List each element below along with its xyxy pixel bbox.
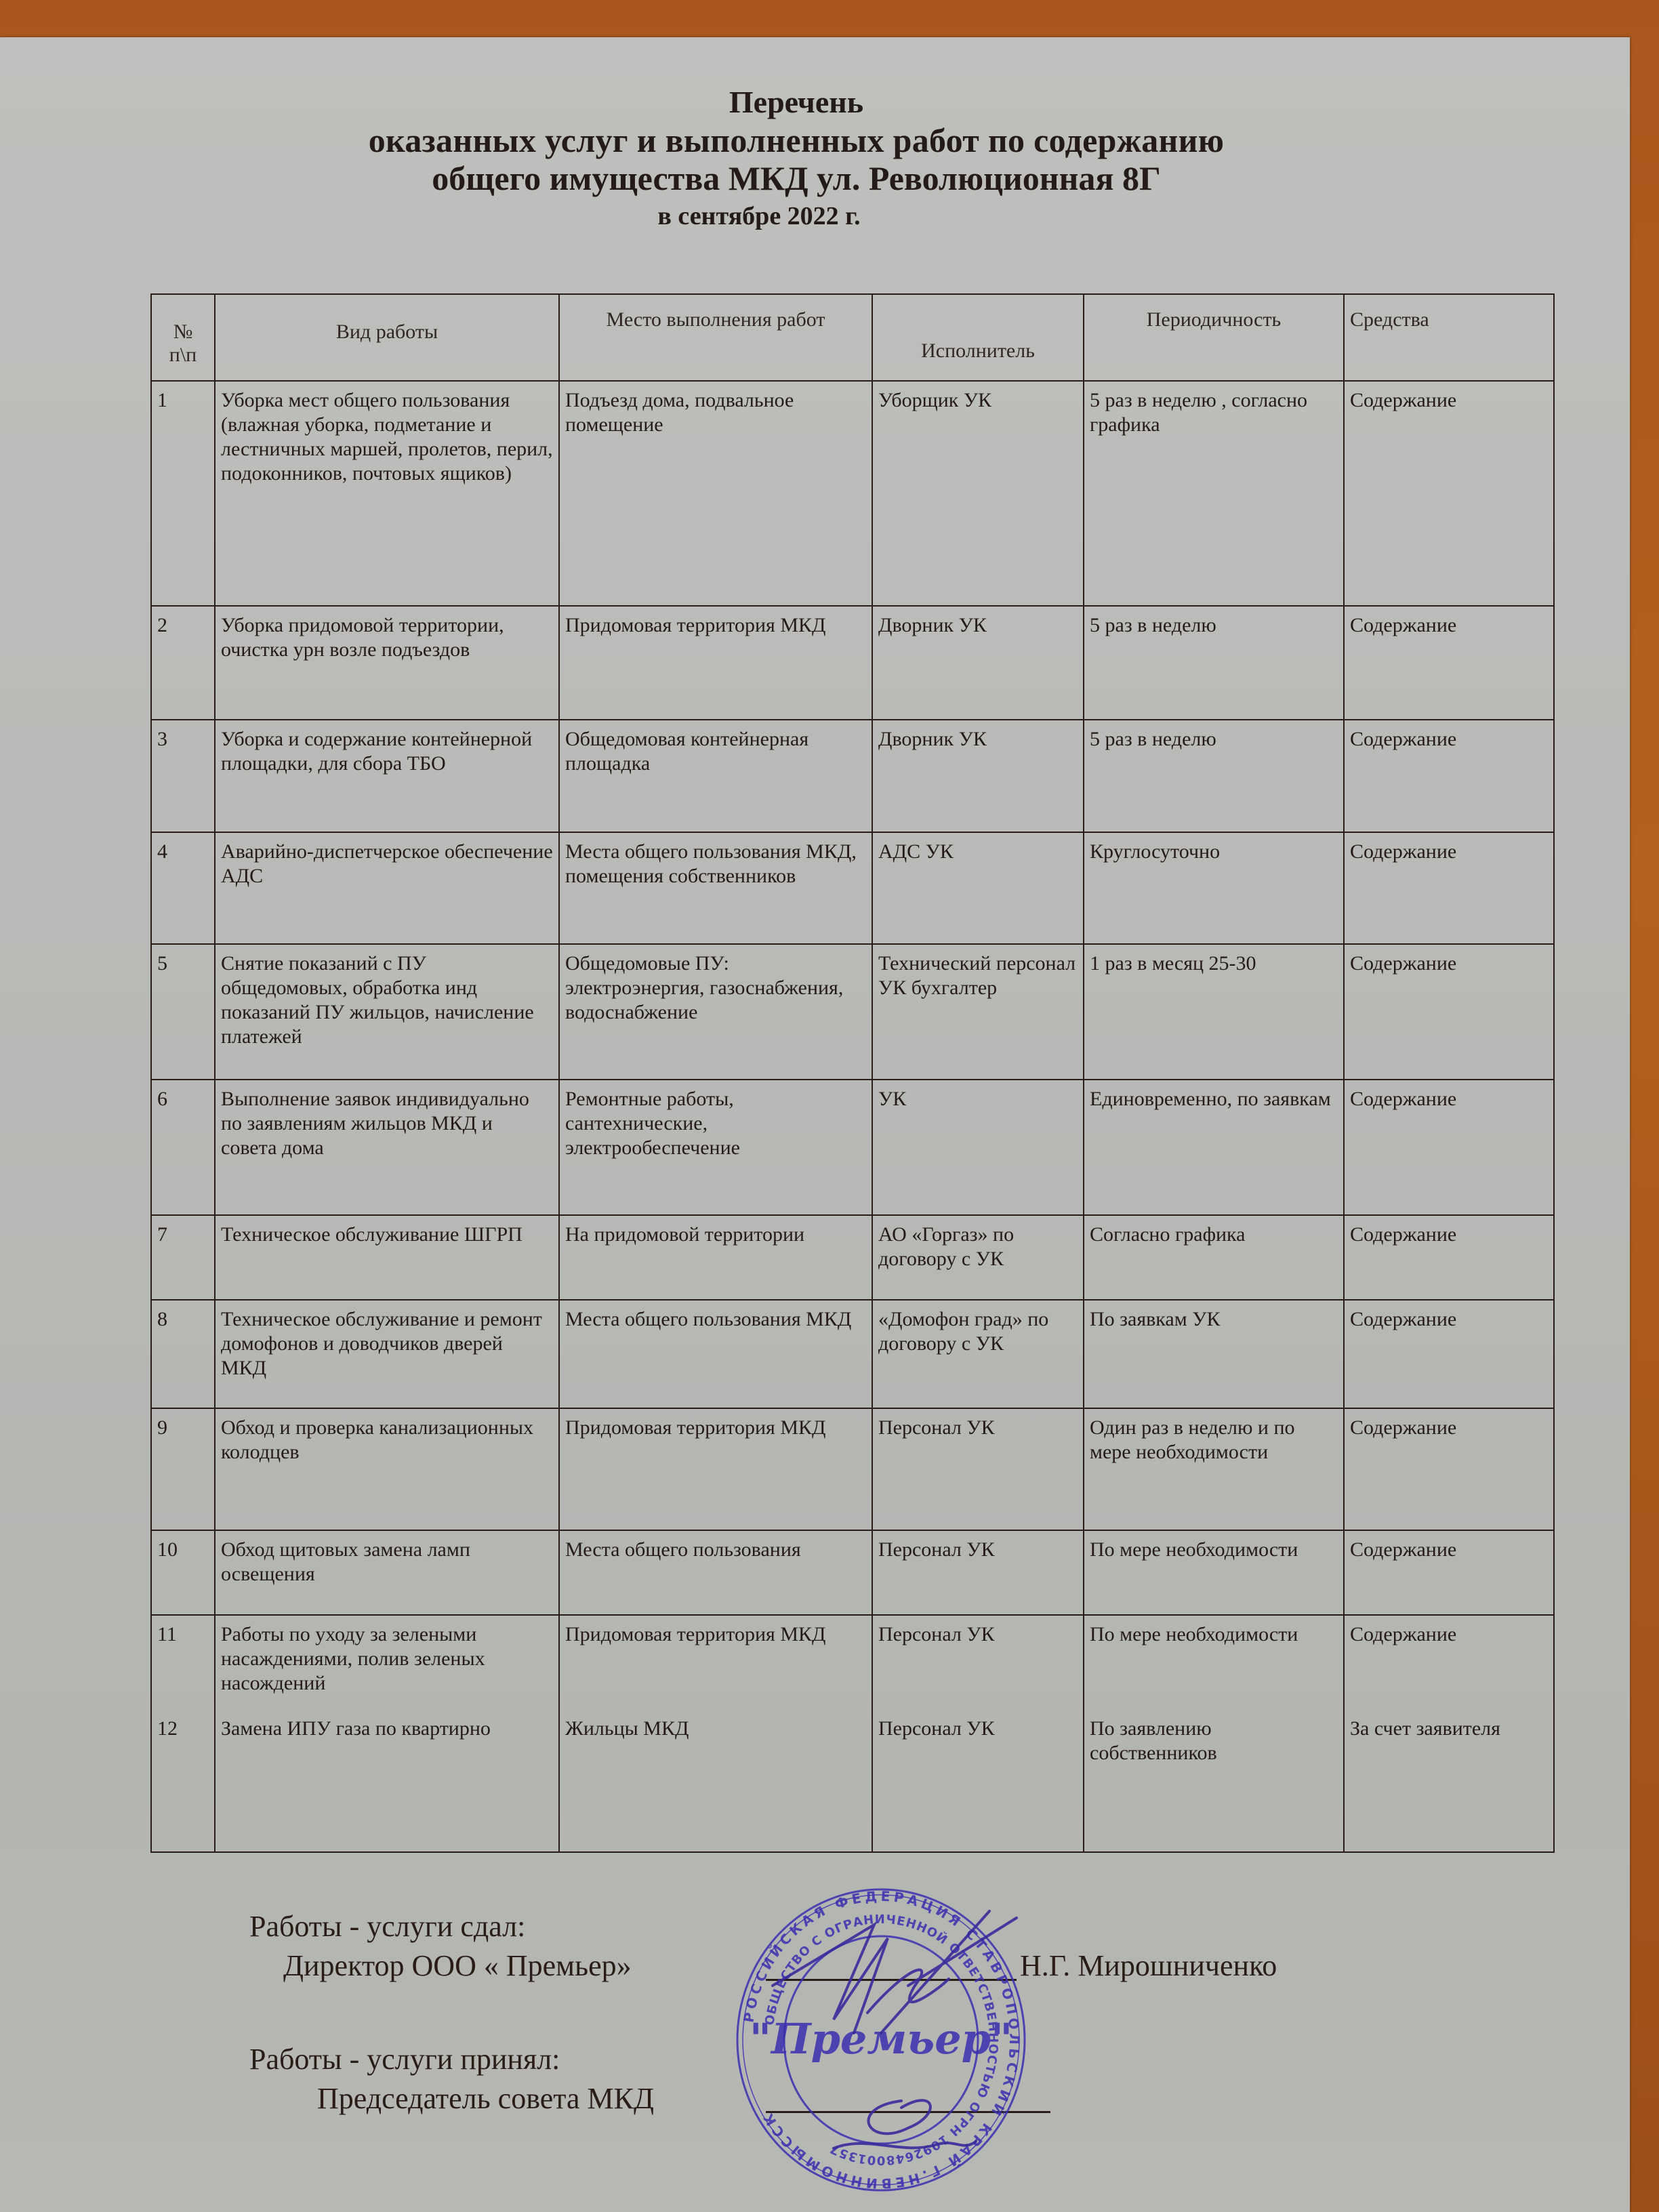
cell-place: На придомовой территории <box>559 1215 872 1300</box>
cell-work: Замена ИПУ газа по квартирно <box>215 1710 559 1852</box>
title-line-3: общего имущества МКД ул. Революционная 8… <box>271 159 1322 197</box>
table-row: 5Снятие показаний с ПУ общедомовых, обра… <box>151 944 1554 1080</box>
title-line-2: оказанных услуг и выполненных работ по с… <box>271 121 1322 159</box>
cell-num: 1 <box>151 381 215 606</box>
cell-executor: АДС УК <box>872 832 1084 944</box>
cell-frequency: 5 раз в неделю <box>1084 606 1344 720</box>
cell-work: Обход и проверка канализационных колодце… <box>215 1408 559 1530</box>
cell-work: Выполнение заявок индивидуально по заявл… <box>215 1080 559 1215</box>
cell-num: 9 <box>151 1408 215 1530</box>
document-page: Перечень оказанных услуг и выполненных р… <box>0 37 1630 2212</box>
cell-place: Общедомовые ПУ: электроэнергия, газоснаб… <box>559 944 872 1080</box>
cell-place: Придомовая территория МКД <box>559 1615 872 1710</box>
cell-place: Ремонтные работы, сантехнические, электр… <box>559 1080 872 1215</box>
header-work: Вид работы <box>215 294 559 381</box>
cell-num: 11 <box>151 1615 215 1710</box>
cell-frequency: 5 раз в неделю <box>1084 720 1344 832</box>
cell-work: Уборка мест общего пользования (влажная … <box>215 381 559 606</box>
table-row: 11Работы по уходу за зелеными насаждения… <box>151 1615 1554 1710</box>
cell-funds: Содержание <box>1344 1530 1554 1615</box>
cell-funds: Содержание <box>1344 1215 1554 1300</box>
cell-place: Места общего пользования МКД, помещения … <box>559 832 872 944</box>
cell-place: Места общего пользования <box>559 1530 872 1615</box>
cell-frequency: По заявкам УК <box>1084 1300 1344 1408</box>
cell-funds: Содержание <box>1344 832 1554 944</box>
cell-executor: АО «Горгаз» по договору с УК <box>872 1215 1084 1300</box>
stamp-center-text: "Премьер" <box>750 2014 1013 2064</box>
works-table: № п\п Вид работы Место выполнения работ … <box>150 293 1555 1853</box>
cell-num: 4 <box>151 832 215 944</box>
cell-frequency: Единовременно, по заявкам <box>1084 1080 1344 1215</box>
cell-frequency: По мере необходимости <box>1084 1530 1344 1615</box>
header-frequency: Периодичность <box>1084 294 1344 381</box>
cell-work: Обход щитовых замена ламп освещения <box>215 1530 559 1615</box>
cell-work: Аварийно-диспетчерское обеспечение АДС <box>215 832 559 944</box>
cell-frequency: Круглосуточно <box>1084 832 1344 944</box>
cell-frequency: Один раз в неделю и по мере необходимост… <box>1084 1408 1344 1530</box>
cell-num: 6 <box>151 1080 215 1215</box>
cell-executor: Дворник УК <box>872 720 1084 832</box>
cell-executor: Дворник УК <box>872 606 1084 720</box>
cell-num: 2 <box>151 606 215 720</box>
header-funds: Средства <box>1344 294 1554 381</box>
cell-place: Общедомовая контейнерная площадка <box>559 720 872 832</box>
cell-num: 5 <box>151 944 215 1080</box>
cell-funds: Содержание <box>1344 1615 1554 1710</box>
cell-place: Жильцы МКД <box>559 1710 872 1852</box>
cell-executor: Персонал УК <box>872 1530 1084 1615</box>
cell-place: Придомовая территория МКД <box>559 1408 872 1530</box>
cell-frequency: 5 раз в неделю , согласно графика <box>1084 381 1344 606</box>
table-row: 7Техническое обслуживание ШГРПНа придомо… <box>151 1215 1554 1300</box>
title-line-1: Перечень <box>271 83 1322 121</box>
handed-over-name: Н.Г. Мирошниченко <box>1020 1948 1277 1984</box>
cell-place: Придомовая территория МКД <box>559 606 872 720</box>
table-row: 4Аварийно-диспетчерское обеспечение АДСМ… <box>151 832 1554 944</box>
table-row: 2Уборка придомовой территории, очистка у… <box>151 606 1554 720</box>
table-header-row: № п\п Вид работы Место выполнения работ … <box>151 294 1554 381</box>
cell-frequency: По мере необходимости <box>1084 1615 1344 1710</box>
cell-num: 10 <box>151 1530 215 1615</box>
header-place: Место выполнения работ <box>559 294 872 381</box>
cell-work: Уборка придомовой территории, очистка ур… <box>215 606 559 720</box>
cell-funds: Содержание <box>1344 720 1554 832</box>
table-row: 8Техническое обслуживание и ремонт домоф… <box>151 1300 1554 1408</box>
cell-funds: Содержание <box>1344 381 1554 606</box>
cell-executor: Персонал УК <box>872 1408 1084 1530</box>
cell-place: Места общего пользования МКД <box>559 1300 872 1408</box>
cell-executor: Персонал УК <box>872 1615 1084 1710</box>
title-line-4: в сентябре 2022 г. <box>271 197 1247 235</box>
cell-work: Техническое обслуживание и ремонт домофо… <box>215 1300 559 1408</box>
table-row: 1Уборка мест общего пользования (влажная… <box>151 381 1554 606</box>
table-row: 3Уборка и содержание контейнерной площад… <box>151 720 1554 832</box>
cell-funds: Содержание <box>1344 1300 1554 1408</box>
cell-work: Работы по уходу за зелеными насаждениями… <box>215 1615 559 1710</box>
cell-executor: Персонал УК <box>872 1710 1084 1852</box>
cell-frequency: 1 раз в месяц 25-30 <box>1084 944 1344 1080</box>
handed-over-label: Работы - услуги сдал: <box>249 1909 525 1944</box>
header-num: № п\п <box>151 294 215 381</box>
cell-work: Уборка и содержание контейнерной площадк… <box>215 720 559 832</box>
table-row: 12Замена ИПУ газа по квартирноЖильцы МКД… <box>151 1710 1554 1852</box>
cell-num: 8 <box>151 1300 215 1408</box>
cell-frequency: Согласно графика <box>1084 1215 1344 1300</box>
accepted-label: Работы - услуги принял: <box>249 2042 560 2077</box>
company-stamp: РОССИЙСКАЯ ФЕДЕРАЦИЯ СТАВРОПОЛЬСКИЙ КРАЙ… <box>732 1884 1030 2196</box>
handed-over-role: Директор ООО « Премьер» <box>283 1948 632 1984</box>
cell-num: 12 <box>151 1710 215 1852</box>
cell-work: Снятие показаний с ПУ общедомовых, обраб… <box>215 944 559 1080</box>
cell-frequency: По заявлению собственников <box>1084 1710 1344 1852</box>
table-row: 9Обход и проверка канализационных колодц… <box>151 1408 1554 1530</box>
cell-funds: Содержание <box>1344 606 1554 720</box>
cell-funds: Содержание <box>1344 1408 1554 1530</box>
cell-executor: «Домофон град» по договору с УК <box>872 1300 1084 1408</box>
cell-executor: УК <box>872 1080 1084 1215</box>
document-title: Перечень оказанных услуг и выполненных р… <box>271 83 1322 235</box>
cell-executor: Технический персонал УК бухгалтер <box>872 944 1084 1080</box>
cell-work: Техническое обслуживание ШГРП <box>215 1215 559 1300</box>
cell-num: 3 <box>151 720 215 832</box>
cell-funds: Содержание <box>1344 1080 1554 1215</box>
cell-funds: Содержание <box>1344 944 1554 1080</box>
cell-funds: За счет заявителя <box>1344 1710 1554 1852</box>
table-row: 10Обход щитовых замена ламп освещенияМес… <box>151 1530 1554 1615</box>
header-executor: Исполнитель <box>872 294 1084 381</box>
cell-place: Подъезд дома, подвальное помещение <box>559 381 872 606</box>
cell-num: 7 <box>151 1215 215 1300</box>
accepted-role: Председатель совета МКД <box>317 2081 654 2116</box>
table-row: 6Выполнение заявок индивидуально по заяв… <box>151 1080 1554 1215</box>
cell-executor: Уборщик УК <box>872 381 1084 606</box>
